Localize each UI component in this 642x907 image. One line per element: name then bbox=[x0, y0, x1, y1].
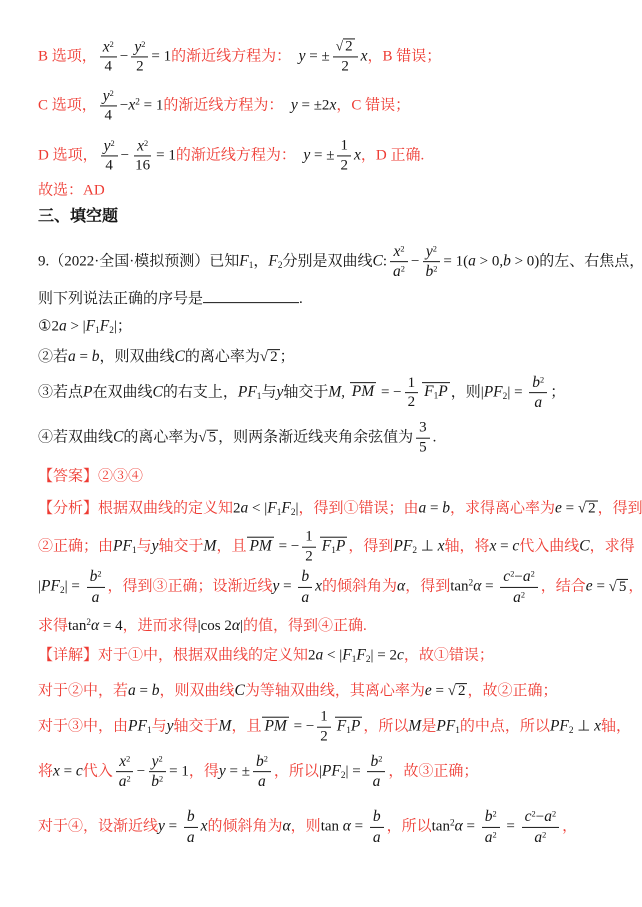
text-segment: ，故②正确； bbox=[467, 683, 557, 699]
text-segment: = bbox=[76, 349, 92, 365]
text-segment: 对于②中，若 bbox=[38, 683, 128, 699]
fraction: x2a2 bbox=[116, 753, 134, 791]
text-segment: = − bbox=[290, 718, 314, 734]
vector-overline: PM bbox=[350, 382, 376, 401]
text-segment: F bbox=[281, 500, 290, 517]
text-segment: C bbox=[235, 682, 245, 699]
text-segment: 与 bbox=[152, 718, 167, 734]
text-segment: a bbox=[544, 808, 552, 825]
text-segment: D 选项， bbox=[38, 147, 98, 163]
text-segment: 2 bbox=[136, 59, 144, 75]
text-segment: = bbox=[463, 818, 479, 834]
text-segment: y bbox=[152, 753, 159, 770]
fraction: b2a bbox=[87, 568, 105, 606]
text-segment: ，故③正确； bbox=[388, 763, 478, 779]
text-segment: 的离心率为 bbox=[185, 349, 260, 365]
text-segment: y bbox=[426, 243, 433, 260]
text-segment: x bbox=[137, 137, 144, 154]
text-segment: = ± bbox=[310, 147, 334, 163]
vector-overline: PM bbox=[247, 536, 273, 555]
text-segment: α bbox=[91, 617, 99, 634]
text-segment: = bbox=[481, 578, 497, 594]
text-segment: 2 bbox=[433, 245, 437, 254]
text-segment: e bbox=[425, 682, 432, 699]
text-segment: F bbox=[86, 318, 95, 335]
text-segment: ， bbox=[562, 818, 577, 834]
text-segment: x bbox=[594, 717, 601, 734]
text-segment: > 0, bbox=[476, 253, 503, 269]
text-segment: 2 bbox=[542, 830, 546, 839]
text-segment: 轴，将 bbox=[444, 538, 489, 554]
text-segment: 2 bbox=[308, 648, 316, 664]
text-segment: P bbox=[438, 383, 447, 400]
text-segment: PF bbox=[393, 537, 412, 554]
text-segment: . bbox=[433, 429, 437, 445]
text-segment: 2 bbox=[110, 139, 114, 148]
fraction: y24 bbox=[101, 137, 118, 174]
text-segment: = bbox=[351, 818, 367, 834]
text-segment: = bbox=[426, 501, 442, 517]
text-segment: 2 bbox=[458, 683, 466, 699]
text-segment: − bbox=[536, 809, 544, 825]
text-segment: α bbox=[455, 817, 463, 834]
text-segment: e bbox=[555, 500, 562, 517]
text-segment: 4 bbox=[105, 158, 113, 174]
text-segment: − bbox=[411, 253, 419, 269]
text-segment: 轴交于 bbox=[159, 538, 204, 554]
text-segment: 对于③中，由 bbox=[38, 718, 128, 734]
text-segment: C bbox=[175, 348, 185, 365]
detail-line-1: 【详解】对于①中，根据双曲线的定义知2a < |F1F2| = 2c，故①错误； bbox=[38, 646, 494, 667]
text-segment: y bbox=[152, 537, 159, 554]
fraction: ba bbox=[370, 808, 384, 846]
text-segment: PF bbox=[436, 717, 455, 734]
text-segment: = bbox=[432, 683, 448, 699]
text-segment: x bbox=[354, 146, 361, 163]
text-segment: 3 bbox=[419, 420, 427, 436]
text-segment: 2 bbox=[320, 729, 328, 745]
text-segment: > 0) bbox=[511, 253, 539, 269]
text-segment: 16 bbox=[135, 158, 150, 174]
text-segment: α bbox=[397, 577, 405, 594]
text-segment: 2 bbox=[378, 755, 382, 764]
option-c-analysis: C 选项，y24−x2 = 1的渐近线方程为： y = ±2x，C 错误； bbox=[38, 87, 410, 124]
question-9-line-2: 则下列说法正确的序号是. bbox=[38, 287, 303, 309]
text-segment: 2 bbox=[305, 549, 313, 565]
text-segment: PF bbox=[484, 383, 503, 400]
text-segment: 2 bbox=[433, 265, 437, 274]
text-segment: C bbox=[373, 252, 383, 269]
text-segment: a bbox=[373, 774, 381, 791]
text-segment: PF bbox=[128, 717, 147, 734]
text-segment: 1 bbox=[340, 138, 348, 154]
text-segment: ， bbox=[253, 253, 268, 269]
fraction: y22 bbox=[131, 38, 148, 75]
text-segment: 则下列说法正确的序号是 bbox=[38, 291, 203, 307]
fraction: ba bbox=[184, 808, 198, 846]
text-segment: ， bbox=[628, 578, 642, 594]
text-segment: 2 bbox=[492, 810, 496, 819]
text-segment: ⊥ bbox=[417, 538, 438, 554]
text-segment: a bbox=[68, 348, 76, 365]
text-segment: = bbox=[60, 763, 76, 779]
text-segment: C bbox=[579, 537, 589, 554]
text-segment: a bbox=[534, 829, 542, 846]
text-segment: ，求得 bbox=[590, 538, 635, 554]
text-segment: 【分析】根据双曲线的定义知 bbox=[38, 501, 233, 517]
text-segment: PF bbox=[113, 537, 132, 554]
text-segment: ，求得离心率为 bbox=[450, 501, 555, 517]
text-segment: 故选：AD bbox=[38, 183, 105, 199]
text-segment: 2 bbox=[401, 265, 405, 274]
text-segment: 4 bbox=[105, 59, 113, 75]
fill-in-blank bbox=[203, 287, 299, 303]
text-segment: − bbox=[514, 569, 522, 585]
option-b-analysis: B 选项，x24−y22= 1的渐近线方程为： y = ±√22x，B 错误； bbox=[38, 38, 441, 75]
text-segment: 轴， bbox=[601, 718, 631, 734]
text-segment: b bbox=[532, 374, 540, 391]
text-segment: 分别是双曲线 bbox=[283, 253, 373, 269]
text-segment: 5 bbox=[209, 429, 217, 445]
text-segment: 是 bbox=[421, 718, 436, 734]
text-segment: − bbox=[137, 763, 145, 779]
text-segment: 2 bbox=[233, 501, 241, 517]
text-segment: a bbox=[534, 395, 542, 412]
text-segment: ④若双曲线 bbox=[38, 429, 113, 445]
text-segment: ，结合 bbox=[541, 578, 586, 594]
text-segment: tan bbox=[321, 818, 343, 834]
text-segment: 2 bbox=[110, 89, 114, 98]
text-segment: F bbox=[337, 717, 346, 734]
text-segment: 的倾斜角为 bbox=[322, 578, 397, 594]
text-segment: e bbox=[586, 577, 593, 594]
text-segment: | = 2 bbox=[370, 648, 396, 664]
text-segment: a bbox=[513, 589, 521, 606]
fraction: ba bbox=[298, 568, 312, 606]
text-segment: 对于④，设渐近线 bbox=[38, 818, 158, 834]
section-heading: 三、填空题 bbox=[38, 207, 118, 227]
text-segment: 的倾斜角为 bbox=[208, 818, 283, 834]
text-segment: F bbox=[239, 252, 248, 269]
text-segment: a bbox=[128, 682, 136, 699]
text-segment: |； bbox=[114, 319, 132, 335]
text-segment: 2 bbox=[340, 158, 348, 174]
sqrt-radical: √5 bbox=[609, 578, 629, 594]
text-segment: ，且 bbox=[231, 718, 261, 734]
fraction: b2a bbox=[253, 753, 271, 791]
text-segment: 与 bbox=[137, 538, 152, 554]
text-segment: tan bbox=[68, 618, 86, 634]
text-segment: ，得到 bbox=[405, 578, 450, 594]
fraction: 12 bbox=[317, 709, 331, 746]
text-segment: ①2 bbox=[38, 319, 59, 335]
fraction: x2a2 bbox=[390, 243, 408, 281]
vector-overline: PM bbox=[262, 716, 288, 735]
text-segment: 【详解】对于①中，根据双曲线的定义知 bbox=[38, 648, 308, 664]
text-segment: ，得到①错误；由 bbox=[299, 501, 419, 517]
fraction: b2a bbox=[529, 374, 547, 412]
text-segment: tan bbox=[450, 578, 468, 594]
text-segment: P bbox=[351, 717, 360, 734]
text-segment: 2 bbox=[552, 809, 556, 818]
text-segment: ，D 正确. bbox=[361, 147, 424, 163]
text-segment: a bbox=[187, 829, 195, 846]
text-segment: α bbox=[232, 617, 240, 634]
text-segment: ，所以 bbox=[274, 763, 319, 779]
text-segment: PM bbox=[352, 383, 374, 400]
fraction: x24 bbox=[100, 38, 117, 75]
detail-option-4: 对于④，设渐近线y = bax的倾斜角为α，则tan α = ba，所以tan2… bbox=[38, 808, 577, 846]
statement-4: ④若双曲线C的离心率为√5，则两条渐近线夹角余弦值为35. bbox=[38, 420, 436, 457]
text-segment: C 选项， bbox=[38, 97, 97, 113]
text-segment: y bbox=[219, 762, 226, 779]
text-segment: a bbox=[393, 264, 401, 281]
fraction: 12 bbox=[302, 529, 316, 566]
text-segment: x bbox=[201, 817, 208, 834]
analysis-line-1: 【分析】根据双曲线的定义知2a < |F1F2|，得到①错误；由a = b，求得… bbox=[38, 499, 642, 520]
text-segment: a bbox=[258, 774, 266, 791]
text-segment: = bbox=[136, 683, 152, 699]
text-segment: PF bbox=[41, 577, 60, 594]
text-segment: b bbox=[503, 252, 511, 269]
text-segment: 2 bbox=[588, 501, 596, 517]
text-segment: 1 bbox=[320, 709, 328, 725]
text-segment: a bbox=[92, 589, 100, 606]
text-segment: c bbox=[76, 762, 83, 779]
question-9-line-1: 9.（2022·全国·模拟预测）已知F1，F2分别是双曲线C:x2a2−y2b2… bbox=[38, 243, 642, 281]
text-segment: = 1 bbox=[151, 48, 171, 64]
text-segment: F bbox=[342, 647, 351, 664]
text-segment: ，所以 bbox=[363, 718, 408, 734]
text-segment: a bbox=[468, 252, 476, 269]
text-segment: y bbox=[167, 717, 174, 734]
text-segment: a bbox=[301, 589, 309, 606]
text-segment: − bbox=[120, 48, 128, 64]
text-segment: ，得 bbox=[189, 763, 219, 779]
text-segment: ，则双曲线 bbox=[99, 349, 174, 365]
detail-option-3-line-2: 将x = c代入x2a2−y2b2= 1，得y = ±b2a，所以|PF2| =… bbox=[38, 753, 478, 791]
text-segment: | = bbox=[507, 384, 526, 400]
text-segment: = 1 bbox=[169, 763, 189, 779]
text-segment: = − bbox=[275, 538, 299, 554]
fraction: c2−a2a2 bbox=[500, 568, 537, 606]
text-segment: = 1 bbox=[140, 97, 163, 113]
text-segment: | = bbox=[346, 763, 365, 779]
text-segment: tan bbox=[432, 818, 450, 834]
text-segment: 2 bbox=[264, 755, 268, 764]
text-segment: |cos 2 bbox=[198, 618, 232, 634]
text-segment: = − bbox=[377, 384, 401, 400]
text-segment: 的离心率为 bbox=[123, 429, 198, 445]
text-segment: 2 bbox=[110, 40, 114, 49]
fraction: y2b2 bbox=[422, 243, 440, 281]
text-segment: a bbox=[119, 774, 127, 791]
text-segment: PM bbox=[264, 717, 286, 734]
option-d-analysis: D 选项，y24−x216= 1的渐近线方程为： y = ±12x，D 正确. bbox=[38, 137, 424, 174]
text-segment: ，且 bbox=[216, 538, 246, 554]
text-segment: 2 bbox=[159, 775, 163, 784]
text-segment: < | bbox=[248, 501, 267, 517]
fraction: x216 bbox=[132, 137, 153, 174]
detail-option-3-line-1: 对于③中，由PF1与y轴交于M，且PM = −12F1P，所以M是PF1的中点，… bbox=[38, 709, 631, 746]
text-segment: P bbox=[336, 537, 345, 554]
analysis-line-3: |PF2| = b2a，得到③正确；设渐近线y = bax的倾斜角为α，得到ta… bbox=[38, 568, 642, 606]
text-segment: = 4 bbox=[99, 618, 122, 634]
text-segment: M bbox=[328, 383, 341, 400]
text-segment: 求得 bbox=[38, 618, 68, 634]
text-segment: F bbox=[267, 500, 276, 517]
text-segment: y bbox=[103, 87, 110, 104]
text-segment: F bbox=[424, 383, 433, 400]
text-segment: b bbox=[373, 808, 381, 825]
text-segment: F bbox=[356, 647, 365, 664]
detail-option-2: 对于②中，若a = b，则双曲线C为等轴双曲线，其离心率为e = √2，故②正确… bbox=[38, 681, 557, 701]
text-segment: ，C 错误； bbox=[336, 97, 410, 113]
text-segment: b bbox=[301, 568, 309, 585]
text-segment: = bbox=[165, 818, 181, 834]
text-segment: 2 bbox=[141, 40, 145, 49]
text-segment: 为等轴双曲线，其离心率为 bbox=[245, 683, 425, 699]
fraction: b2a bbox=[367, 753, 385, 791]
text-segment: 【答案】②③④ bbox=[38, 469, 143, 485]
text-segment: 2 bbox=[531, 569, 535, 578]
fraction: 12 bbox=[405, 375, 419, 412]
text-segment: b bbox=[151, 774, 159, 791]
text-segment: = bbox=[496, 538, 512, 554]
text-segment: y bbox=[158, 817, 165, 834]
text-segment: ，得到 bbox=[348, 538, 393, 554]
text-segment: ，B 错误； bbox=[368, 48, 442, 64]
fraction: y24 bbox=[100, 87, 117, 124]
statement-3: ③若点P在双曲线C的右支上，PF1与y轴交于M, PM = −12F1P，则|P… bbox=[38, 374, 565, 412]
text-segment: 轴交于 bbox=[283, 384, 328, 400]
text-segment: a bbox=[373, 829, 381, 846]
text-segment: 三、填空题 bbox=[38, 208, 118, 225]
text-segment: 的左、右焦点， bbox=[539, 253, 642, 269]
fraction: 35 bbox=[416, 420, 430, 457]
text-segment: ②正确；由 bbox=[38, 538, 113, 554]
text-segment: = ±2 bbox=[298, 97, 330, 113]
text-segment: x bbox=[361, 47, 368, 64]
text-segment: c bbox=[397, 647, 404, 664]
text-segment: M bbox=[219, 717, 232, 734]
text-segment: 将 bbox=[38, 763, 53, 779]
text-segment: ，进而求得 bbox=[123, 618, 198, 634]
text-segment: = bbox=[279, 578, 295, 594]
text-segment: = bbox=[503, 818, 519, 834]
text-segment: 代入曲线 bbox=[519, 538, 579, 554]
sqrt-radical: √2 bbox=[336, 39, 355, 54]
text-segment: ，所以 bbox=[387, 818, 432, 834]
vector-overline: F1P bbox=[422, 382, 450, 402]
text-segment: = bbox=[562, 501, 578, 517]
vector-overline: F1P bbox=[320, 536, 348, 556]
text-segment: x bbox=[315, 577, 322, 594]
sqrt-radical: √2 bbox=[578, 501, 598, 517]
text-segment: . bbox=[299, 291, 303, 307]
text-segment: ②若 bbox=[38, 349, 68, 365]
sqrt-radical: √5 bbox=[198, 429, 218, 445]
text-segment: = ± bbox=[226, 763, 250, 779]
text-segment: 2 bbox=[345, 39, 353, 55]
text-segment: > | bbox=[67, 319, 86, 335]
fraction: √22 bbox=[333, 39, 358, 76]
text-segment: ，则 bbox=[291, 818, 321, 834]
text-segment: B 选项， bbox=[38, 48, 97, 64]
text-segment: 的右支上， bbox=[163, 384, 238, 400]
text-segment: 的值，得到④正确. bbox=[243, 618, 367, 634]
statement-2: ②若a = b，则双曲线C的离心率为√2； bbox=[38, 347, 295, 367]
answer-line: 【答案】②③④ bbox=[38, 468, 143, 487]
text-segment: ，得到 bbox=[598, 501, 642, 517]
text-segment: = ± bbox=[306, 48, 330, 64]
text-segment: α bbox=[343, 817, 351, 834]
text-segment: 4 bbox=[105, 108, 113, 124]
text-segment: − bbox=[121, 147, 129, 163]
text-segment: 2 bbox=[521, 590, 525, 599]
text-segment: 2 bbox=[270, 349, 278, 365]
text-segment: 2 bbox=[126, 755, 130, 764]
text-segment: 1 bbox=[408, 375, 416, 391]
text-segment: M bbox=[408, 717, 421, 734]
text-segment: x bbox=[103, 38, 110, 55]
text-segment: y bbox=[299, 47, 306, 64]
text-segment: ； bbox=[280, 349, 295, 365]
text-segment: b bbox=[256, 753, 264, 770]
text-segment: = 1( bbox=[443, 253, 468, 269]
text-segment: 2 bbox=[97, 570, 101, 579]
text-segment: | = bbox=[65, 578, 84, 594]
text-segment: 的渐近线方程为： bbox=[176, 147, 304, 163]
text-segment: a bbox=[523, 568, 531, 585]
text-segment: 的中点，所以 bbox=[460, 718, 550, 734]
text-segment: 轴交于 bbox=[174, 718, 219, 734]
analysis-line-4: 求得tan2α = 4，进而求得|cos 2α|的值，得到④正确. bbox=[38, 616, 367, 636]
text-segment: < | bbox=[323, 648, 342, 664]
text-segment: 在双曲线 bbox=[92, 384, 152, 400]
text-segment: = bbox=[593, 578, 609, 594]
text-segment: ③若点 bbox=[38, 384, 83, 400]
text-segment: c bbox=[525, 808, 532, 825]
fraction: b2a2 bbox=[482, 808, 500, 846]
text-segment: 的渐近线方程为： bbox=[163, 97, 291, 113]
text-segment: ⊥ bbox=[574, 718, 595, 734]
text-segment: F bbox=[268, 252, 277, 269]
text-segment: 2 bbox=[159, 755, 163, 764]
text-segment: 2 bbox=[144, 139, 148, 148]
text-segment: 1 bbox=[305, 529, 313, 545]
text-segment: F bbox=[100, 318, 109, 335]
text-segment: 2 bbox=[341, 58, 349, 74]
text-segment: 的渐近线方程为： bbox=[171, 48, 299, 64]
text-segment: 2 bbox=[540, 376, 544, 385]
text-segment: PF bbox=[322, 762, 341, 779]
text-segment: ，则两条渐近线夹角余弦值为 bbox=[218, 429, 413, 445]
text-segment: 2 bbox=[400, 245, 404, 254]
text-segment: 2 bbox=[492, 830, 496, 839]
text-segment: a bbox=[59, 318, 67, 335]
text-segment: ，得到③正确；设渐近线 bbox=[108, 578, 273, 594]
text-segment: α bbox=[283, 817, 291, 834]
sqrt-radical: √2 bbox=[448, 683, 468, 699]
text-segment: y bbox=[291, 96, 298, 113]
text-segment: PF bbox=[550, 717, 569, 734]
text-segment: b bbox=[442, 500, 450, 517]
text-segment: , bbox=[341, 384, 349, 400]
fraction: 12 bbox=[337, 138, 351, 175]
vector-overline: F1P bbox=[335, 716, 363, 736]
analysis-line-2: ②正确；由PF1与y轴交于M，且PM = −12F1P，得到PF2 ⊥ x轴，将… bbox=[38, 529, 635, 566]
